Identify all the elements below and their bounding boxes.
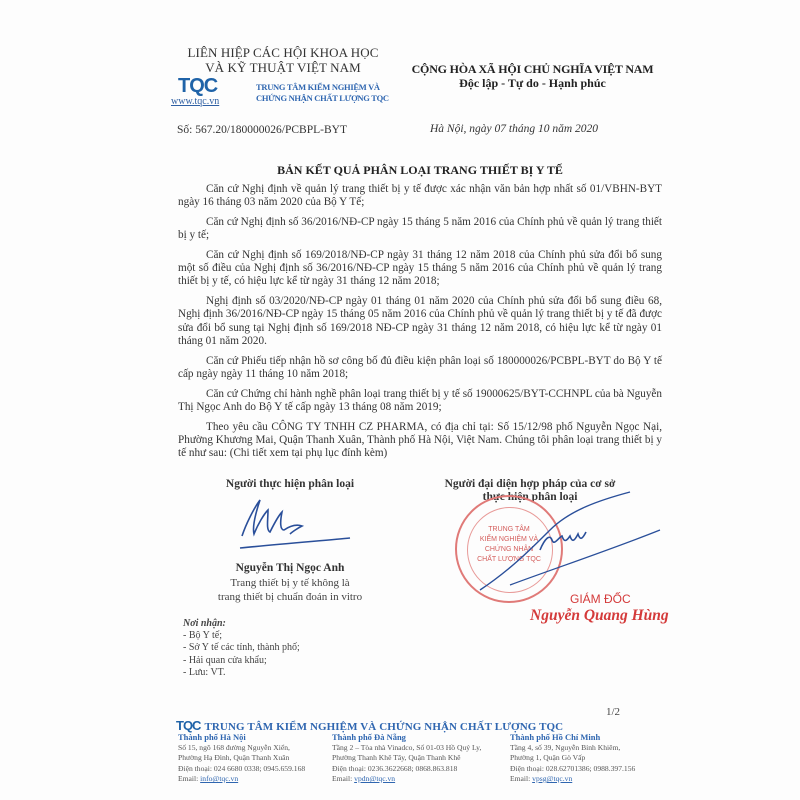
recipient-item: - Bộ Y tế;	[183, 630, 300, 642]
recipients-list: Nơi nhận: - Bộ Y tế; - Sở Y tế các tỉnh,…	[183, 618, 300, 679]
branch-hcmc: Thành phố Hồ Chí Minh Tầng 4, số 39, Ngu…	[510, 732, 635, 785]
center-name-line1: TRUNG TÂM KIỂM NGHIỆM VÀ	[256, 82, 389, 93]
issuer-header: LIÊN HIỆP CÁC HỘI KHOA HỌC VÀ KỸ THUẬT V…	[168, 45, 398, 110]
legal-basis-paragraph: Căn cứ Chứng chỉ hành nghề phân loại tra…	[178, 388, 662, 414]
branch-name: Thành phố Đà Nẵng	[332, 732, 481, 743]
parent-org-line2: VÀ KỸ THUẬT VIỆT NAM	[168, 60, 398, 75]
classifier-signature-block: Người thực hiện phân loại Nguyễn Thị Ngọ…	[180, 478, 400, 604]
branch-address: Phường 1, Quận Gò Vấp	[510, 753, 635, 764]
website-link[interactable]: www.tqc.vn	[171, 96, 219, 107]
nation-title: CỘNG HÒA XÃ HỘI CHỦ NGHĨA VIỆT NAM	[400, 62, 665, 76]
request-paragraph: Theo yêu cầu CÔNG TY TNHH CZ PHARMA, có …	[178, 421, 662, 461]
classifier-title: Người thực hiện phân loại	[180, 478, 400, 490]
director-position: GIÁM ĐỐC	[570, 592, 631, 606]
tqc-logo-block: TQC www.tqc.vn TRUNG TÂM KIỂM NGHIỆM VÀ …	[168, 76, 398, 110]
recipients-heading: Nơi nhận:	[183, 618, 300, 630]
legal-basis-paragraph: Căn cứ Phiếu tiếp nhận hồ sơ công bố đủ …	[178, 355, 662, 381]
legal-basis-paragraph: Căn cứ Nghị định số 36/2016/NĐ-CP ngày 1…	[178, 216, 662, 242]
parent-org-line1: LIÊN HIỆP CÁC HỘI KHOA HỌC	[168, 45, 398, 60]
branch-address: Tầng 2 – Tòa nhà Vinadco, Số 01-03 Hồ Qu…	[332, 743, 481, 754]
email-link[interactable]: vpsg@tqc.vn	[532, 774, 572, 783]
national-header: CỘNG HÒA XÃ HỘI CHỦ NGHĨA VIỆT NAM Độc l…	[400, 62, 665, 90]
branch-address: Tầng 4, số 39, Nguyễn Bỉnh Khiêm,	[510, 743, 635, 754]
director-name: Nguyễn Quang Hùng	[530, 607, 669, 625]
branch-name: Thành phố Hà Nội	[178, 732, 305, 743]
page-number: 1/2	[606, 706, 620, 718]
document-title: BẢN KẾT QUẢ PHÂN LOẠI TRANG THIẾT BỊ Y T…	[180, 163, 660, 178]
legal-basis-paragraph: Căn cứ Nghị định số 169/2018/NĐ-CP ngày …	[178, 249, 662, 289]
place-date: Hà Nội, ngày 07 tháng 10 năm 2020	[430, 123, 598, 135]
email-link[interactable]: info@tqc.vn	[200, 774, 238, 783]
email-label: Email:	[178, 774, 198, 783]
document-body: Căn cứ Nghị định về quản lý trang thiết …	[178, 183, 662, 467]
legal-basis-paragraph: Căn cứ Nghị định về quản lý trang thiết …	[178, 183, 662, 209]
branch-address: Số 15, ngõ 168 đường Nguyễn Xiển,	[178, 743, 305, 754]
legal-basis-paragraph: Nghị định số 03/2020/NĐ-CP ngày 01 tháng…	[178, 295, 662, 348]
note-line2: trang thiết bị chuẩn đoán in vitro	[180, 591, 400, 605]
center-name-line2: CHỨNG NHẬN CHẤT LƯỢNG TQC	[256, 93, 389, 104]
branch-hanoi: Thành phố Hà Nội Số 15, ngõ 168 đường Ng…	[178, 732, 305, 785]
email-link[interactable]: vpdn@tqc.vn	[354, 774, 395, 783]
branch-email: Email: vpdn@tqc.vn	[332, 774, 481, 785]
branch-name: Thành phố Hồ Chí Minh	[510, 732, 635, 743]
classification-note: Trang thiết bị y tế không là trang thiết…	[180, 577, 400, 604]
national-motto: Độc lập - Tự do - Hạnh phúc	[400, 76, 665, 90]
center-name: TRUNG TÂM KIỂM NGHIỆM VÀ CHỨNG NHẬN CHẤT…	[256, 82, 389, 104]
branch-phone: Điện thoại: 0236.3622668; 0868.863.818	[332, 764, 481, 775]
branch-address: Phường Hạ Đình, Quận Thanh Xuân	[178, 753, 305, 764]
document-number: Số: 567.20/180000026/PCBPL-BYT	[177, 124, 347, 136]
tqc-mini-logo-icon: TQC	[176, 718, 200, 733]
recipient-item: - Hải quan cửa khẩu;	[183, 655, 300, 667]
note-line1: Trang thiết bị y tế không là	[180, 577, 400, 591]
branch-email: Email: info@tqc.vn	[178, 774, 305, 785]
classifier-name: Nguyễn Thị Ngọc Anh	[180, 562, 400, 574]
handwritten-signature-icon	[180, 490, 400, 552]
branch-phone: Điện thoại: 024 6680 0338; 0945.659.168	[178, 764, 305, 775]
branch-address: Phường Thanh Khê Tây, Quận Thanh Khê	[332, 753, 481, 764]
director-signature-icon	[470, 490, 670, 600]
document-page: LIÊN HIỆP CÁC HỘI KHOA HỌC VÀ KỸ THUẬT V…	[0, 0, 800, 800]
branch-phone: Điện thoại: 028.62701386; 0988.397.156	[510, 764, 635, 775]
tqc-logo-icon: TQC	[178, 76, 217, 96]
recipient-item: - Lưu: VT.	[183, 667, 300, 679]
recipient-item: - Sở Y tế các tỉnh, thành phố;	[183, 642, 300, 654]
branch-email: Email: vpsg@tqc.vn	[510, 774, 635, 785]
branch-danang: Thành phố Đà Nẵng Tầng 2 – Tòa nhà Vinad…	[332, 732, 481, 785]
footer-heading: TQCTRUNG TÂM KIỂM NGHIỆM VÀ CHỨNG NHẬN C…	[176, 718, 676, 733]
email-label: Email:	[510, 774, 530, 783]
email-label: Email:	[332, 774, 352, 783]
footer: TQCTRUNG TÂM KIỂM NGHIỆM VÀ CHỨNG NHẬN C…	[176, 718, 676, 733]
